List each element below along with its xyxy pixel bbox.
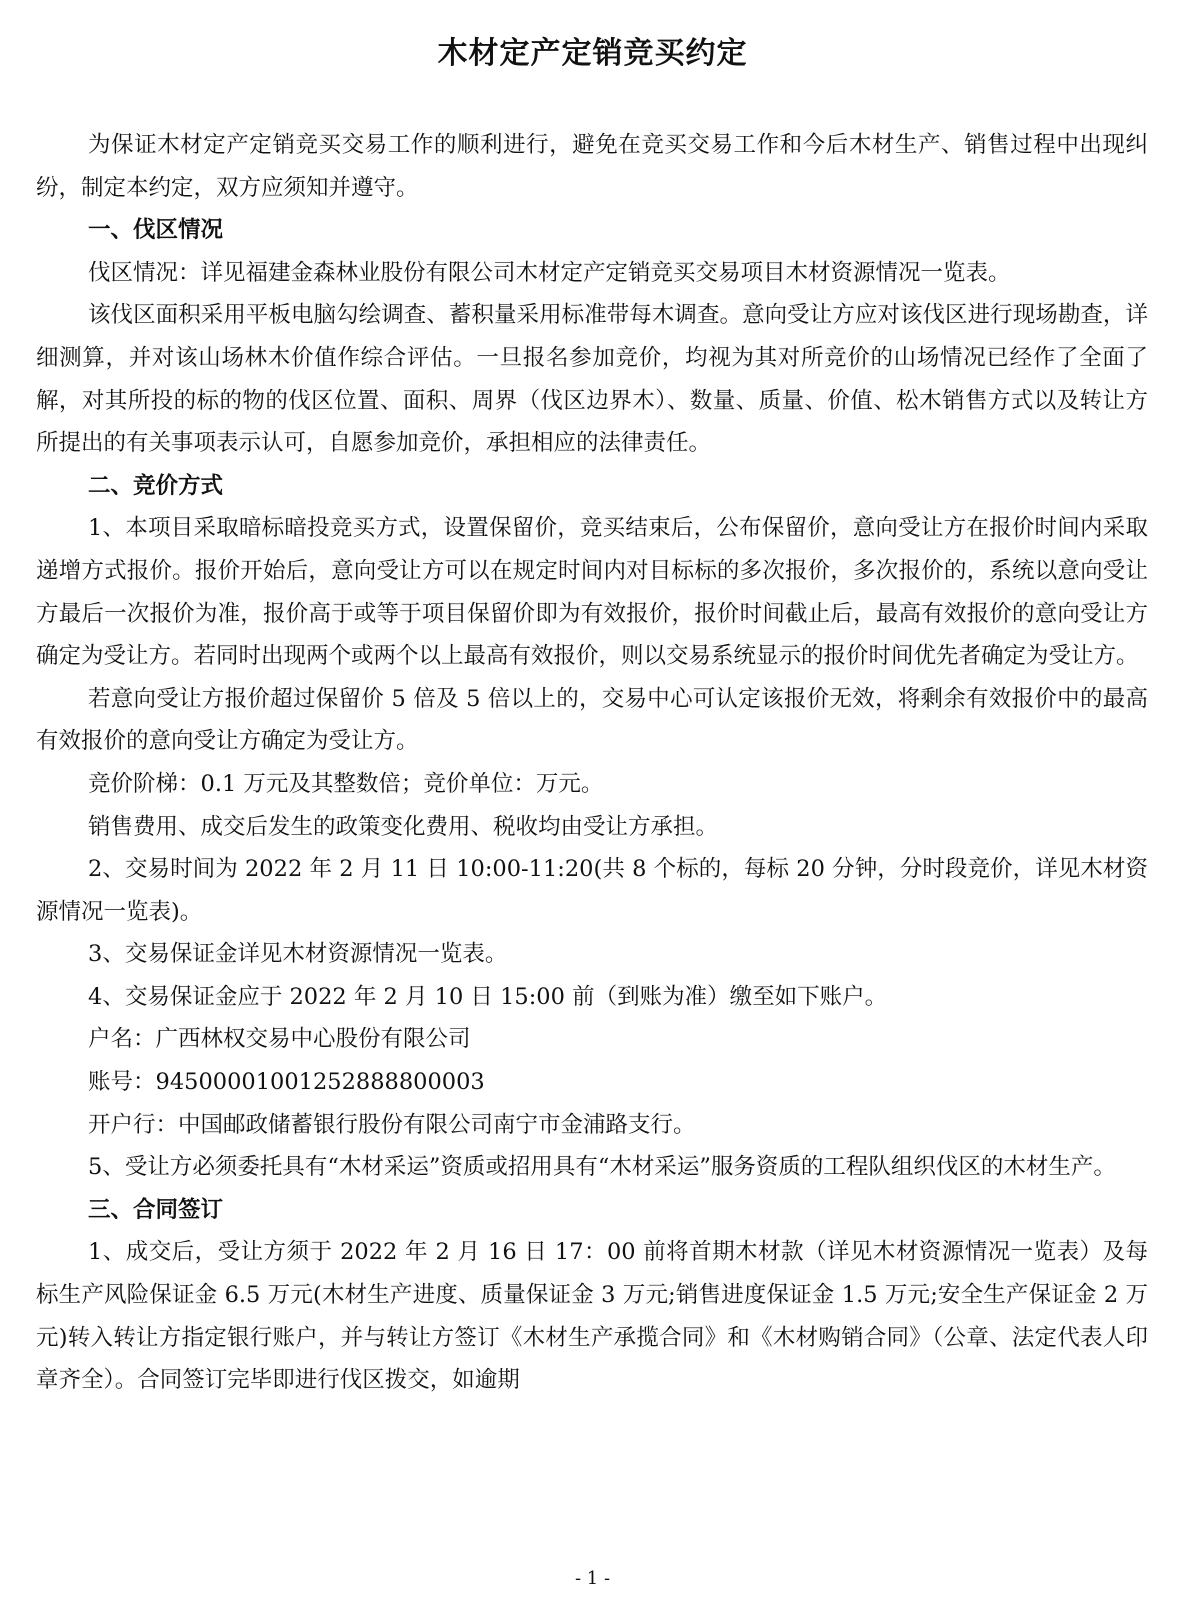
paragraph: 该伐区面积采用平板电脑勾绘调查、蓄积量采用标准带每木调查。意向受让方应对该伐区进… bbox=[36, 294, 1148, 464]
document-body: 为保证木材定产定销竞买交易工作的顺利进行，避免在竞买交易工作和今后木材生产、销售… bbox=[36, 124, 1148, 1402]
paragraph: 1、成交后，受让方须于 2022 年 2 月 16 日 17：00 前将首期木材… bbox=[36, 1231, 1148, 1401]
account-number: 账号：94500001001252888800003 bbox=[36, 1061, 1148, 1104]
page-number: - 1 - bbox=[0, 1568, 1185, 1589]
paragraph: 1、本项目采取暗标暗投竞买方式，设置保留价，竞买结束后，公布保留价，意向受让方在… bbox=[36, 507, 1148, 677]
section-heading-1: 一、伐区情况 bbox=[36, 209, 1148, 252]
account-name: 户名：广西林权交易中心股份有限公司 bbox=[36, 1018, 1148, 1061]
paragraph: 销售费用、成交后发生的政策变化费用、税收均由受让方承担。 bbox=[36, 806, 1148, 849]
section-heading-3: 三、合同签订 bbox=[36, 1189, 1148, 1232]
paragraph: 3、交易保证金详见木材资源情况一览表。 bbox=[36, 933, 1148, 976]
intro-paragraph: 为保证木材定产定销竞买交易工作的顺利进行，避免在竞买交易工作和今后木材生产、销售… bbox=[36, 124, 1148, 209]
paragraph: 若意向受让方报价超过保留价 5 倍及 5 倍以上的，交易中心可认定该报价无效，将… bbox=[36, 678, 1148, 763]
paragraph: 2、交易时间为 2022 年 2 月 11 日 10:00-11:20(共 8 … bbox=[36, 848, 1148, 933]
paragraph: 5、受让方必须委托具有“木材采运”资质或招用具有“木材采运”服务资质的工程队组织… bbox=[36, 1146, 1148, 1189]
paragraph: 4、交易保证金应于 2022 年 2 月 10 日 15:00 前（到账为准）缴… bbox=[36, 976, 1148, 1019]
account-bank: 开户行：中国邮政储蓄银行股份有限公司南宁市金浦路支行。 bbox=[36, 1104, 1148, 1147]
paragraph: 竞价阶梯：0.1 万元及其整数倍；竞价单位：万元。 bbox=[36, 763, 1148, 806]
paragraph: 伐区情况：详见福建金森林业股份有限公司木材定产定销竞买交易项目木材资源情况一览表… bbox=[36, 252, 1148, 295]
section-heading-2: 二、竞价方式 bbox=[36, 465, 1148, 508]
document-title: 木材定产定销竞买约定 bbox=[0, 28, 1185, 72]
